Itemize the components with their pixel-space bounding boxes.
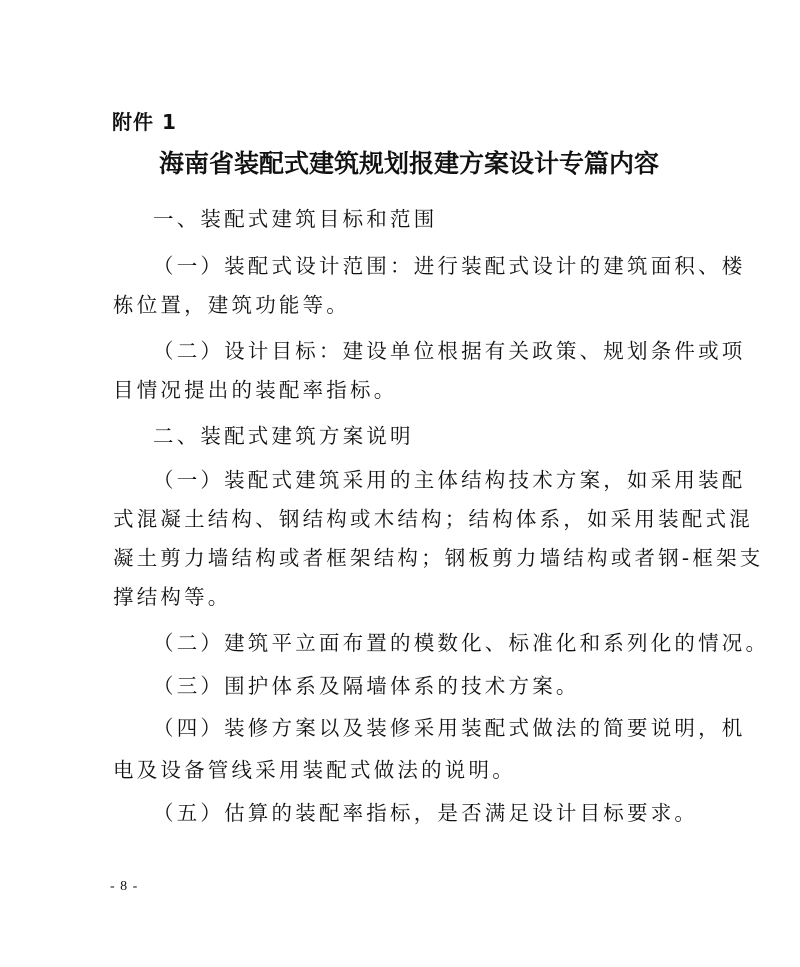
paragraph-line: 凝土剪力墙结构或者框架结构；钢板剪力墙结构或者钢-框架支 bbox=[113, 545, 713, 571]
paragraph-line: （三）围护体系及隔墙体系的技术方案。 bbox=[153, 673, 753, 699]
paragraph-line: （一）装配式建筑采用的主体结构技术方案，如采用装配 bbox=[153, 467, 753, 493]
document-page: 附件 1 海南省装配式建筑规划报建方案设计专篇内容 一、装配式建筑目标和范围 （… bbox=[0, 0, 800, 967]
attachment-label: 附件 1 bbox=[112, 106, 177, 135]
paragraph-line: （二）设计目标：建设单位根据有关政策、规划条件或项 bbox=[153, 338, 753, 364]
page-number: - 8 - bbox=[110, 879, 138, 895]
paragraph-line: （二）建筑平立面布置的模数化、标准化和系列化的情况。 bbox=[153, 630, 753, 656]
paragraph-line: 撑结构等。 bbox=[113, 584, 713, 610]
paragraph-line: 目情况提出的装配率指标。 bbox=[113, 377, 713, 403]
paragraph-line: （四）装修方案以及装修采用装配式做法的简要说明，机 bbox=[153, 715, 753, 741]
paragraph-line: 电及设备管线采用装配式做法的说明。 bbox=[113, 757, 713, 783]
paragraph-line: （一）装配式设计范围：进行装配式设计的建筑面积、楼 bbox=[153, 253, 753, 279]
paragraph-line: 栋位置，建筑功能等。 bbox=[113, 292, 713, 318]
section-heading-2: 二、装配式建筑方案说明 bbox=[153, 423, 753, 449]
paragraph-line: 式混凝土结构、钢结构或木结构；结构体系，如采用装配式混 bbox=[113, 506, 713, 532]
document-title: 海南省装配式建筑规划报建方案设计专篇内容 bbox=[0, 144, 800, 180]
paragraph-line: （五）估算的装配率指标，是否满足设计目标要求。 bbox=[153, 800, 753, 826]
section-heading-1: 一、装配式建筑目标和范围 bbox=[153, 206, 753, 232]
